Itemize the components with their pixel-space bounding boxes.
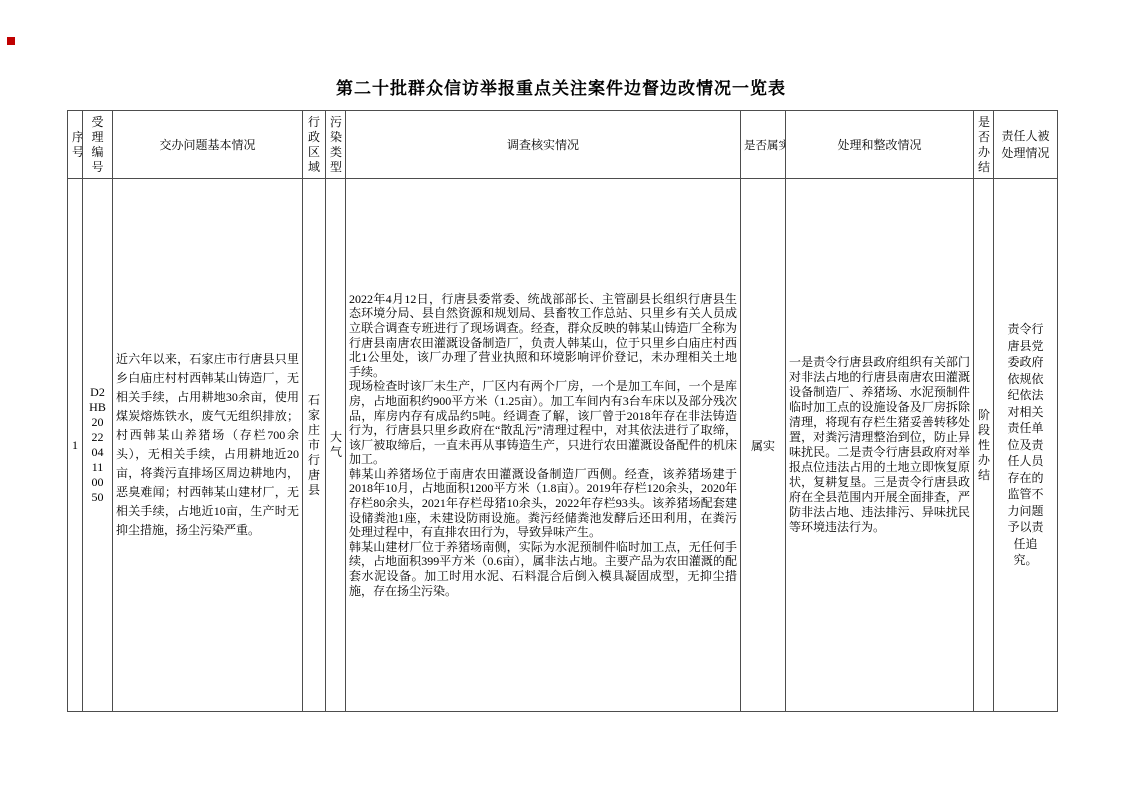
header-case-no-label: 受理编号 xyxy=(91,115,105,175)
cell-investigation: 2022年4月12日，行唐县委常委、统战部部长、主管副县长组织行唐县生态环境分局… xyxy=(346,179,741,712)
cell-region: 石家庄市行唐县 xyxy=(303,179,326,712)
header-accountability-label: 责任人被处理情况 xyxy=(1000,128,1052,161)
header-closed: 是否办结 xyxy=(974,111,994,179)
red-page-marker xyxy=(7,37,15,45)
header-case-no: 受理编号 xyxy=(83,111,113,179)
investigation-paragraph: 2022年4月12日，行唐县委常委、统战部部长、主管副县长组织行唐县生态环境分局… xyxy=(349,292,737,380)
investigation-paragraph: 韩某山建材厂位于养猪场南侧，实际为水泥预制件临时加工点，无任何手续，占地面积39… xyxy=(349,540,737,598)
table-header-row: 序号 受理编号 交办问题基本情况 行政区域 污染类型 调查核实情况 是否属实 处… xyxy=(68,111,1058,179)
header-investigation: 调查核实情况 xyxy=(346,111,741,179)
header-accountability: 责任人被处理情况 xyxy=(994,111,1058,179)
investigation-paragraph: 现场检查时该厂未生产，厂区内有两个厂房，一个是加工车间，一个是库房，占地面积约9… xyxy=(349,379,737,467)
pollution-type: 大气 xyxy=(329,430,343,460)
header-region-label: 行政区域 xyxy=(307,115,321,175)
case-number: D2HB202204110050 xyxy=(89,385,106,505)
table-row: 1 D2HB202204110050 近六年以来，石家庄市行唐县只里乡白庙庄村村… xyxy=(68,179,1058,712)
header-seq: 序号 xyxy=(68,111,83,179)
cell-problem: 近六年以来，石家庄市行唐县只里乡白庙庄村村西韩某山铸造厂，无相关手续，占用耕地3… xyxy=(113,179,303,712)
closed-status: 阶段性办结 xyxy=(977,408,991,483)
header-problem: 交办问题基本情况 xyxy=(113,111,303,179)
report-table: 序号 受理编号 交办问题基本情况 行政区域 污染类型 调查核实情况 是否属实 处… xyxy=(67,110,1058,712)
cell-seq: 1 xyxy=(68,179,83,712)
header-pollution-type: 污染类型 xyxy=(326,111,346,179)
header-verified: 是否属实 xyxy=(741,111,786,179)
cell-verified: 属实 xyxy=(741,179,786,712)
header-seq-label: 序号 xyxy=(71,130,83,160)
header-closed-label: 是否办结 xyxy=(977,115,991,175)
cell-handling: 一是责令行唐县政府组织有关部门对非法占地的行唐县南唐农田灌溉设备制造厂、养猪场、… xyxy=(786,179,974,712)
cell-pollution-type: 大气 xyxy=(326,179,346,712)
header-pollution-type-label: 污染类型 xyxy=(329,115,343,175)
cell-closed: 阶段性办结 xyxy=(974,179,994,712)
header-region: 行政区域 xyxy=(303,111,326,179)
cell-accountability: 责令行唐县党委政府依规依纪依法对相关责任单位及责任人员存在的监管不力问题予以责任… xyxy=(994,179,1058,712)
region-name: 石家庄市行唐县 xyxy=(307,393,321,498)
page-title: 第二十批群众信访举报重点关注案件边督边改情况一览表 xyxy=(0,74,1122,99)
accountability-text: 责令行唐县党委政府依规依纪依法对相关责任单位及责任人员存在的监管不力问题予以责任… xyxy=(1006,321,1045,569)
cell-case-no: D2HB202204110050 xyxy=(83,179,113,712)
header-handling: 处理和整改情况 xyxy=(786,111,974,179)
investigation-paragraph: 韩某山养猪场位于南唐农田灌溉设备制造厂西侧。经查，该养猪场建于2018年10月，… xyxy=(349,467,737,540)
